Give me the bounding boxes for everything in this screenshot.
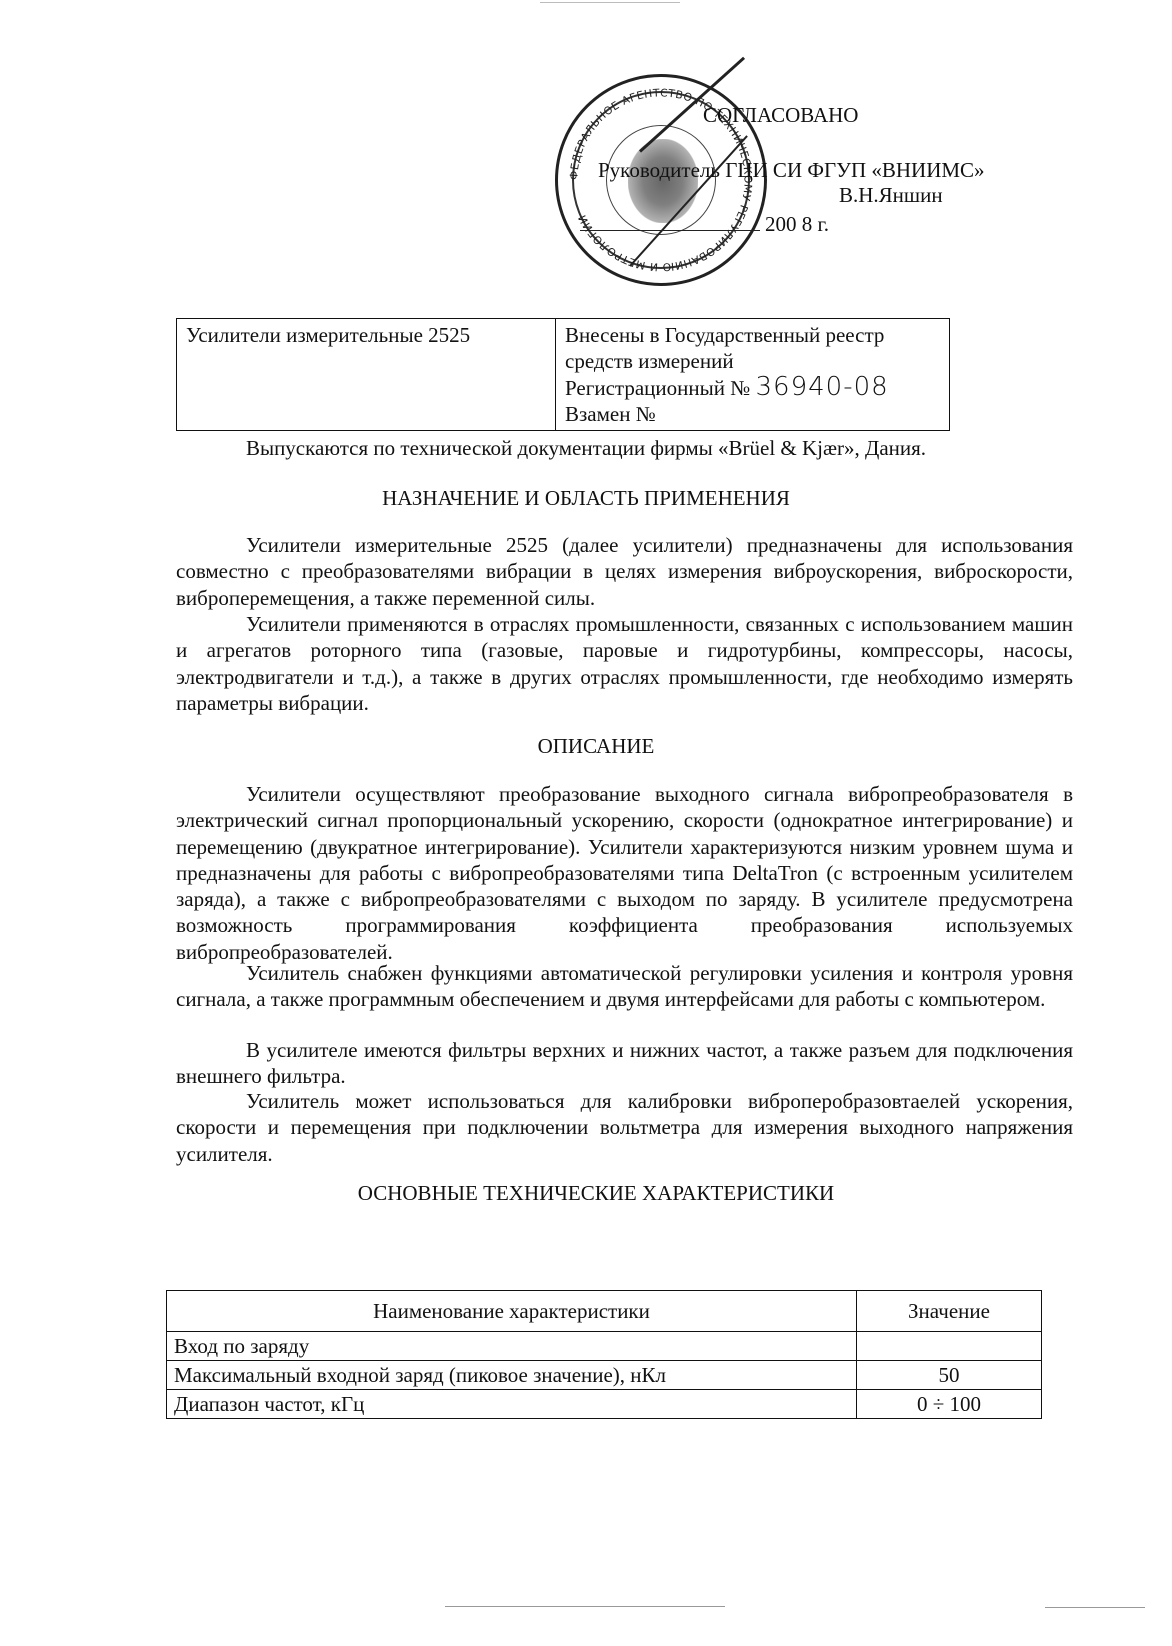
spec-name: Максимальный входной заряд (пиковое знач…	[167, 1361, 857, 1390]
registry-line-1: Внесены в Государственный реестр	[565, 322, 940, 348]
spec-value: 0 ÷ 100	[857, 1390, 1042, 1419]
registration-number: 36940-08	[756, 372, 889, 402]
paragraph: В усилителе имеются фильтры верхних и ни…	[176, 1037, 1073, 1090]
registry-info: Внесены в Государственный реестр средств…	[556, 319, 950, 431]
paragraph-text: Усилители измерительные 2525 (далее усил…	[176, 533, 1073, 610]
table-header-row: Наименование характеристики Значение	[167, 1291, 1042, 1332]
spec-value	[857, 1332, 1042, 1361]
paragraph-text: Усилитель снабжен функциями автоматическ…	[176, 961, 1073, 1011]
table-row: Максимальный входной заряд (пиковое знач…	[167, 1361, 1042, 1390]
section-heading-specs: ОСНОВНЫЕ ТЕХНИЧЕСКИЕ ХАРАКТЕРИСТИКИ	[10, 1181, 1172, 1206]
paragraph: Усилитель снабжен функциями автоматическ…	[176, 960, 1073, 1013]
column-header: Наименование характеристики	[167, 1291, 857, 1332]
product-name: Усилители измерительные 2525	[177, 319, 556, 431]
approval-title: СОГЛАСОВАНО	[703, 105, 858, 126]
paragraph-text: В усилителе имеются фильтры верхних и ни…	[176, 1038, 1073, 1088]
spec-value: 50	[857, 1361, 1042, 1390]
registration-label: Регистрационный №	[565, 376, 750, 400]
approval-position: Руководитель ГЦИ СИ ФГУП «ВНИИМС»	[598, 160, 985, 181]
paragraph: Усилители измерительные 2525 (далее усил…	[176, 532, 1073, 611]
paragraph-text: Усилители осуществляют преобразование вы…	[176, 782, 1073, 964]
spec-name: Диапазон частот, кГц	[167, 1390, 857, 1419]
paragraph-text: Усилители применяются в отраслях промышл…	[176, 612, 1073, 715]
scan-artifact	[1045, 1607, 1145, 1608]
scan-artifact	[540, 2, 680, 3]
table-row: Диапазон частот, кГц 0 ÷ 100	[167, 1390, 1042, 1419]
paragraph: Усилитель может использоваться для калиб…	[176, 1088, 1073, 1167]
section-heading-description: ОПИСАНИЕ	[10, 734, 1172, 759]
registry-table: Усилители измерительные 2525 Внесены в Г…	[176, 318, 950, 431]
issued-by-line: Выпускаются по технической документации …	[0, 436, 1172, 461]
registration-number-row: Регистрационный № 36940-08	[565, 374, 940, 401]
paragraph: Усилители осуществляют преобразование вы…	[176, 781, 1073, 965]
section-heading-purpose: НАЗНАЧЕНИЕ И ОБЛАСТЬ ПРИМЕНЕНИЯ	[0, 486, 1172, 511]
registry-line-2: средств измерений	[565, 348, 940, 374]
spec-name: Вход по заряду	[167, 1332, 857, 1361]
specs-table: Наименование характеристики Значение Вхо…	[166, 1290, 1042, 1419]
replaces-label: Взамен №	[565, 401, 940, 427]
column-header: Значение	[857, 1291, 1042, 1332]
approval-signatory: В.Н.Яншин	[839, 185, 943, 206]
approval-date: 200 8 г.	[765, 214, 829, 235]
scan-artifact	[445, 1606, 725, 1607]
paragraph: Усилители применяются в отраслях промышл…	[176, 611, 1073, 716]
paragraph-text: Усилитель может использоваться для калиб…	[176, 1089, 1073, 1166]
table-row: Вход по заряду	[167, 1332, 1042, 1361]
signature-line	[580, 230, 760, 231]
